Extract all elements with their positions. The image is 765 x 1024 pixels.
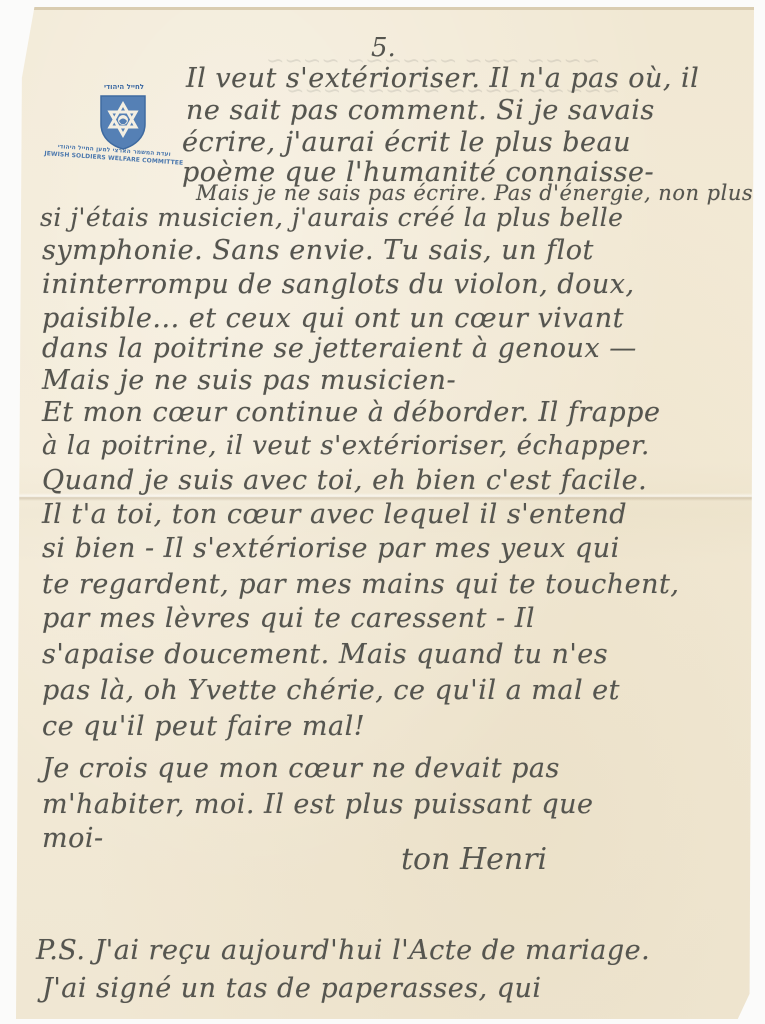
star-of-david-shield-icon [98,94,148,150]
body-line: ce qu'il peut faire mal! [42,711,365,742]
body-line: m'habiter, moi. Il est plus puissant que [42,789,594,820]
body-line: Quand je suis avec toi, eh bien c'est fa… [42,465,647,496]
body-line: te regardent, par mes mains qui te touch… [42,569,679,600]
signature: ton Henri [401,842,547,877]
body-line: à la poitrine, il veut s'extérioriser, é… [42,431,650,461]
body-line: Mais je ne suis pas musicien- [42,365,456,396]
body-line: paisible... et ceux qui ont un cœur viva… [42,303,624,334]
letterhead: לחייל היהודי ועדת המשמר הארצי למען החייל… [32,83,192,173]
body-line: Je crois que mon cœur ne devait pas [42,753,560,784]
body-line: pas là, oh Yvette chérie, ce qu'il a mal… [42,675,620,706]
body-line: Il veut s'extérioriser. Il n'a pas où, i… [186,63,699,94]
body-line: ne sait pas comment. Si je savais [186,95,655,126]
postscript-line: P.S. J'ai reçu aujourd'hui l'Acte de mar… [36,935,650,966]
body-line: par mes lèvres qui te caressent - Il [42,603,535,634]
body-line: dans la poitrine se jetteraient à genoux… [42,333,637,364]
postscript-line: J'ai signé un tas de paperasses, qui [42,973,542,1004]
page-number: 5. [371,33,396,63]
letter-page: ~~~~ ~~~ ~~~~~~ ~~~~ ~~~~~ ~~~~ ~~~~~ ~~… [16,7,754,1019]
body-line: écrire, j'aurai écrit le plus beau [182,127,631,158]
body-line: Et mon cœur continue à déborder. Il frap… [42,397,660,428]
body-line: moi- [42,823,104,854]
body-line: Mais je ne sais pas écrire. Pas d'énergi… [196,181,753,205]
body-line: symphonie. Sans envie. Tu sais, un flot [42,235,594,266]
body-line: si j'étais musicien, j'aurais créé la pl… [40,203,623,232]
body-line: ininterrompu de sanglots du violon, doux… [42,269,635,300]
letterhead-hebrew-title: לחייל היהודי [96,83,152,91]
body-line: s'apaise doucement. Mais quand tu n'es [42,639,608,670]
body-line: si bien - Il s'extériorise par mes yeux … [42,533,620,564]
body-line: Il t'a toi, ton cœur avec lequel il s'en… [42,499,627,530]
